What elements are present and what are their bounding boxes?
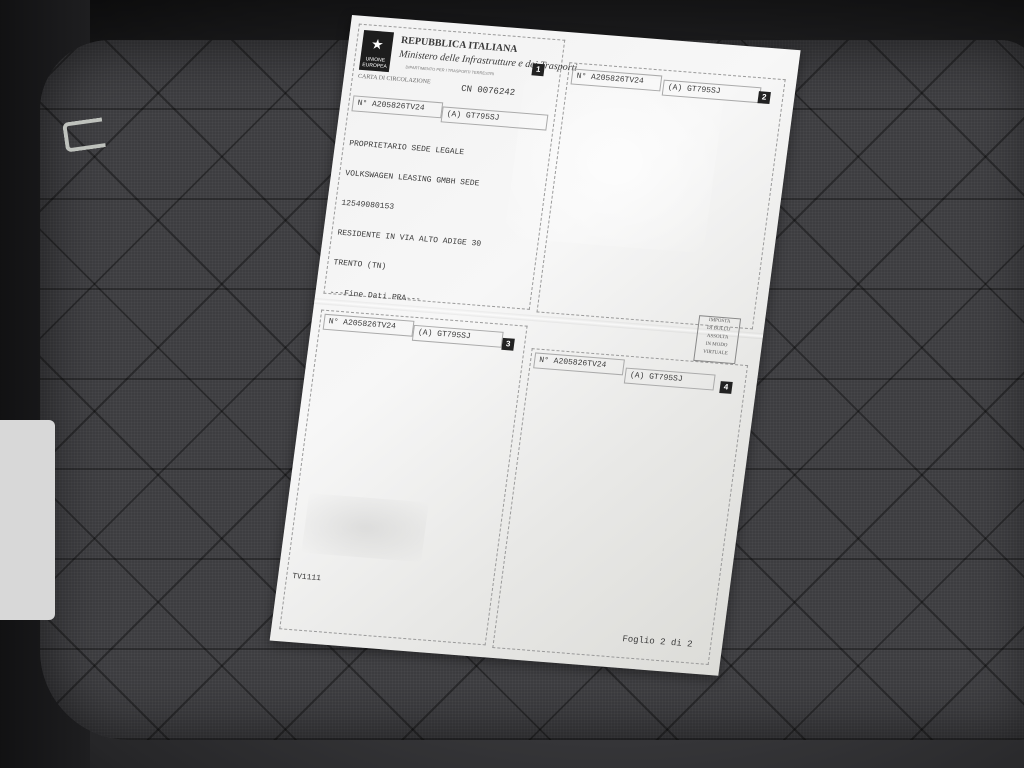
section-number-3: 3 [501,338,515,351]
plate-label: (A) [629,371,645,381]
serial-value: A205826TV24 [553,357,607,370]
serial-value: A205826TV24 [590,73,644,86]
photo-background: ★ UNIONE EUROPEA REPUBBLICA ITALIANA Min… [0,0,1024,768]
owner-line: TRENTO (TN) [333,258,478,279]
eu-label: UNIONE EUROPEA [362,56,387,70]
serial-label: N° [328,317,339,327]
serial-value: A205826TV24 [343,318,397,331]
serial-label: N° [539,356,550,366]
section-number-2: 2 [757,91,771,104]
virtual-stamp-duty-box: IMPOSTA DI BOLLO ASSOLTA IN MODO VIRTUAL… [693,315,741,364]
plate-label: (A) [446,110,462,120]
owner-info: PROPRIETARIO SEDE LEGALE VOLKSWAGEN LEAS… [326,119,496,329]
section-number-1: 1 [531,63,545,76]
owner-line: RESIDENTE IN VIA ALTO ADIGE 30 [337,229,482,250]
serial-label: N° [576,72,587,82]
stamp-line: VIRTUALE [695,348,736,359]
owner-line: VOLKSWAGEN LEASING GMBH SEDE [345,169,490,190]
section-3 [279,309,527,645]
plate-value: GT795SJ [437,330,472,342]
plate-value: GT795SJ [465,111,500,123]
white-object [0,420,55,620]
serial-label: N° [357,99,368,109]
eu-flag-icon: ★ UNIONE EUROPEA [359,30,394,72]
plate-label: (A) [417,328,433,338]
plate-value: GT795SJ [686,85,721,97]
section-4 [492,348,748,665]
owner-line: PROPRIETARIO SEDE LEGALE [348,139,493,160]
section-number-4: 4 [719,381,733,394]
serial-value: A205826TV24 [371,100,425,113]
plate-label: (A) [667,83,683,93]
plate-value: GT795SJ [648,372,683,384]
seat-belt-clip [62,117,106,152]
owner-line: ---Fine Dati PRA--- [329,288,474,309]
vehicle-registration-document: ★ UNIONE EUROPEA REPUBBLICA ITALIANA Min… [270,15,801,676]
owner-line: 12549080153 [341,199,486,220]
